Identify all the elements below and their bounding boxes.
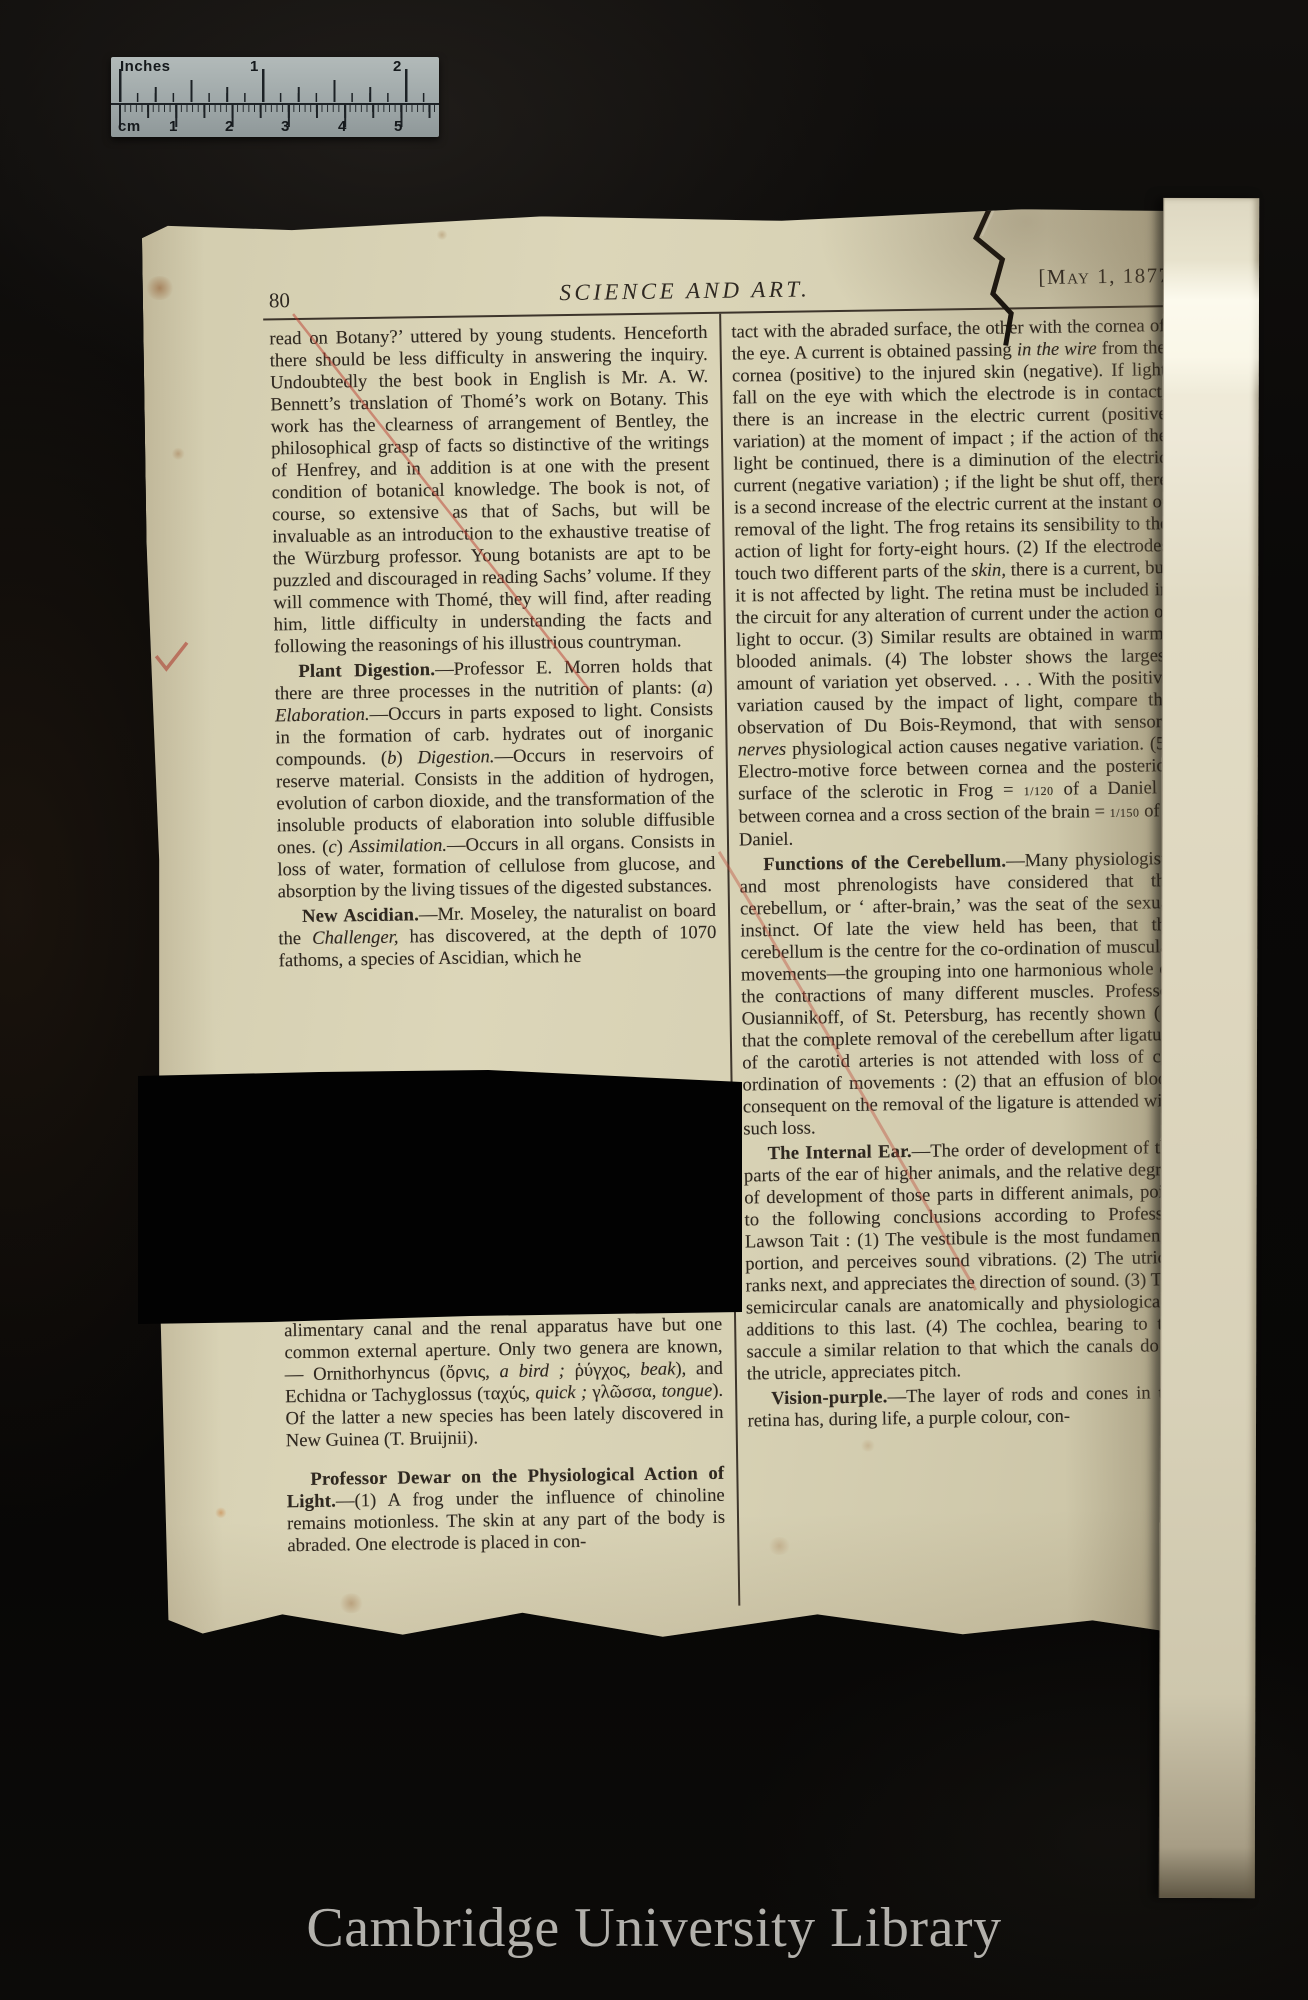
ruler: Inches 1 2 cm 1 2 3 4 5 — [111, 57, 439, 137]
paragraph-cerebellum: Functions of the Cerebellum.—Many physio… — [739, 848, 1177, 1140]
right-column: tact with the abraded surface, the other… — [731, 315, 1181, 1435]
left-column: read on Botany?’ uttered by young studen… — [269, 322, 727, 1650]
paragraph-dewar-continued: tact with the abraded surface, the other… — [731, 315, 1173, 851]
ruler-inch-ticks — [119, 69, 437, 102]
paragraph-new-ascidian: New Ascidian.—Mr. Moseley, the naturalis… — [278, 900, 717, 972]
ruler-cm-number: 1 — [169, 118, 177, 135]
stain — [675, 1632, 697, 1648]
left-column-top: read on Botany?’ uttered by young studen… — [269, 322, 717, 972]
paragraph-vision-purple: Vision-purple.—The layer of rods and con… — [747, 1382, 1182, 1432]
left-column-bottom: alimentary canal and the renal apparatus… — [284, 1314, 726, 1560]
ruler-cm-number: 3 — [281, 118, 289, 135]
tear-highlight — [982, 202, 999, 236]
stain — [860, 1440, 876, 1452]
ruler-cm-scale: cm 1 2 3 4 5 — [111, 105, 439, 137]
stain — [436, 230, 448, 240]
issue-date: [May 1, 1877 — [1038, 263, 1171, 290]
paragraph-botany-continued: read on Botany?’ uttered by young studen… — [269, 322, 712, 658]
paragraph-monotreme-continued: alimentary canal and the renal apparatus… — [284, 1314, 724, 1452]
red-checkmark — [156, 643, 187, 669]
paragraph-plant-digestion: Plant Digestion.—Professor E. Morren hol… — [274, 655, 716, 903]
page-header: 80 SCIENCE AND ART. [May 1, 1877 — [265, 271, 1165, 316]
journal-page: 80 SCIENCE AND ART. [May 1, 1877 read on… — [142, 205, 1191, 1652]
paragraph-professor-dewar: Professor Dewar on the Physiological Act… — [286, 1463, 725, 1557]
ruler-cm-number: 5 — [394, 118, 402, 135]
ruler-cm-label: cm — [118, 118, 141, 135]
watermark: Cambridge University Library — [0, 1896, 1308, 1960]
paper-strip — [1159, 198, 1259, 1898]
ruler-inch-scale: Inches 1 2 — [111, 57, 439, 105]
stain — [171, 448, 185, 460]
stain — [767, 1537, 791, 1555]
journal-title: SCIENCE AND ART. — [265, 272, 1105, 310]
redaction-box — [138, 1070, 742, 1324]
ruler-cm-number: 2 — [225, 118, 233, 135]
ruler-cm-ticks — [119, 105, 437, 127]
photograph-scene: Inches 1 2 cm 1 2 3 4 5 80 SCIENCE AND A… — [0, 0, 1308, 2000]
paragraph-internal-ear: The Internal Ear.—The order of developme… — [743, 1137, 1181, 1385]
paper-strip-fold — [1164, 260, 1259, 395]
stain — [145, 276, 175, 300]
ruler-cm-number: 4 — [338, 118, 346, 135]
stain — [215, 1507, 227, 1518]
